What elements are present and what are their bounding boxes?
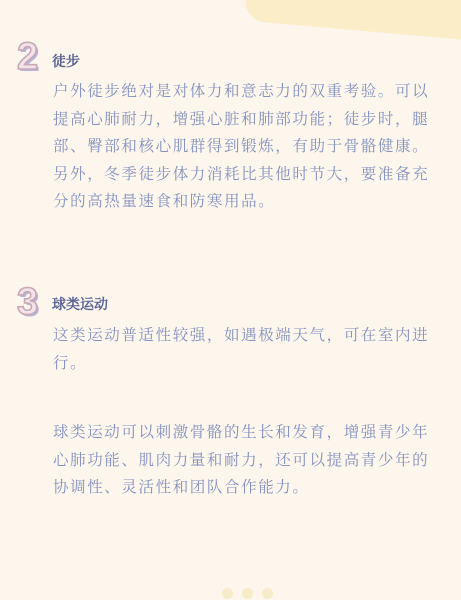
pagination-dot[interactable] <box>262 588 273 599</box>
pagination-dot[interactable] <box>242 588 253 599</box>
pagination-dots <box>222 588 273 599</box>
section-paragraph: 这类运动普适性较强，如遇极端天气，可在室内进行。 <box>53 322 443 377</box>
section-number-3: 3 <box>17 283 38 321</box>
section-number-2: 2 <box>17 38 38 76</box>
section-title-hiking: 徒步 <box>52 51 80 71</box>
section-paragraph: 户外徒步绝对是对体力和意志力的双重考验。可以提高心肺耐力，增强心脏和肺部功能；徒… <box>53 78 443 216</box>
section-paragraph: 球类运动可以刺激骨骼的生长和发育，增强青少年心肺功能、肌肉力量和耐力，还可以提高… <box>53 419 443 502</box>
pagination-dot[interactable] <box>222 588 233 599</box>
section-title-ball-sports: 球类运动 <box>52 294 108 314</box>
decorative-brush-stroke <box>244 0 461 43</box>
